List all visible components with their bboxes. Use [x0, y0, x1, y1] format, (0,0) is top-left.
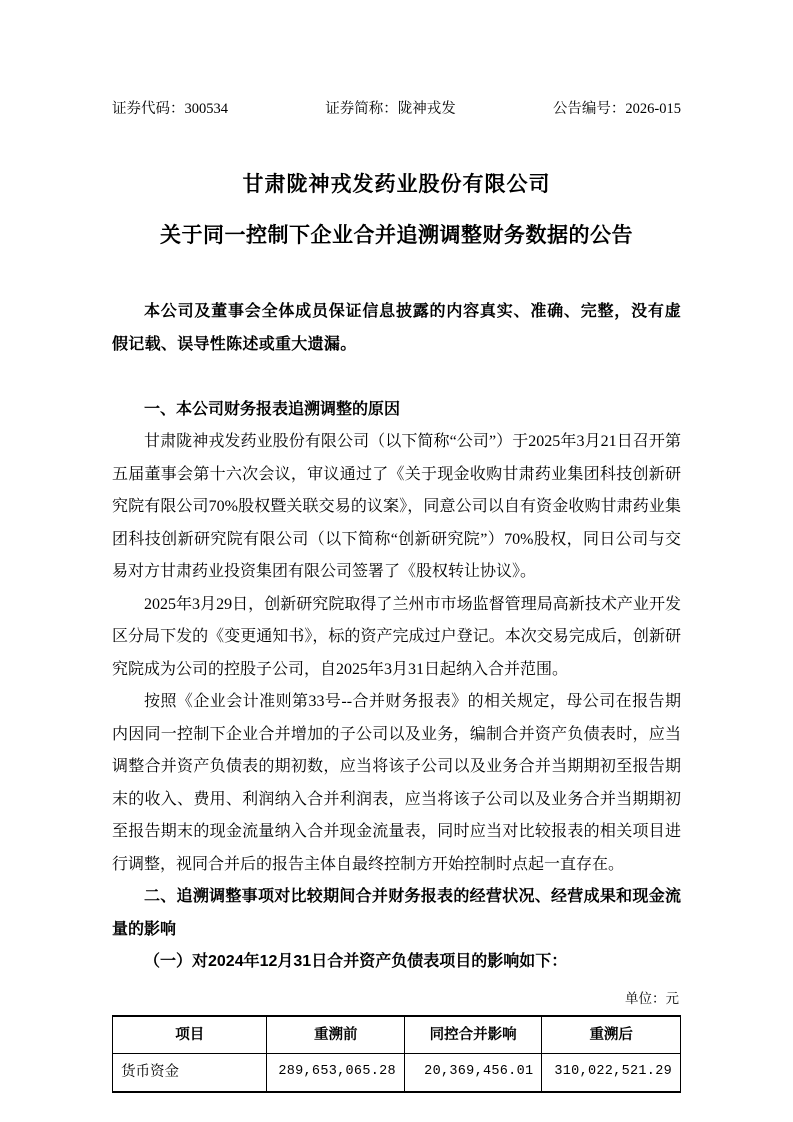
- table-row: 货币资金 289,653,065.28 20,369,456.01 310,02…: [113, 1054, 681, 1092]
- unit-label: 单位：元: [112, 987, 681, 1011]
- stock-short-name: 证券简称：陇神戎发: [325, 97, 456, 118]
- announcement-title: 关于同一控制下企业合并追溯调整财务数据的公告: [112, 219, 681, 249]
- announcement-page: 证券代码：300534 证券简称：陇神戎发 公告编号：2026-015 甘肃陇神…: [0, 0, 793, 1122]
- stock-code: 证券代码：300534: [112, 97, 228, 118]
- title-block: 甘肃陇神戎发药业股份有限公司 关于同一控制下企业合并追溯调整财务数据的公告: [112, 168, 681, 249]
- board-statement: 本公司及董事会全体成员保证信息披露的内容真实、准确、完整，没有虚假记载、误导性陈…: [112, 296, 681, 361]
- company-name-title: 甘肃陇神戎发药业股份有限公司: [112, 168, 681, 198]
- announcement-number: 公告编号：2026-015: [553, 97, 681, 118]
- value-merger-impact: 20,369,456.01: [404, 1054, 541, 1092]
- value-after-restatement: 310,022,521.29: [542, 1054, 681, 1092]
- column-header-after-restatement: 重溯后: [542, 1016, 681, 1054]
- document-body: 本公司及董事会全体成员保证信息披露的内容真实、准确、完整，没有虚假记载、误导性陈…: [112, 296, 681, 1093]
- row-item-name: 货币资金: [113, 1054, 267, 1092]
- document-header-row: 证券代码：300534 证券简称：陇神戎发 公告编号：2026-015: [112, 97, 681, 118]
- value-before-restatement: 289,653,065.28: [267, 1054, 404, 1092]
- column-header-merger-impact: 同控合并影响: [404, 1016, 541, 1054]
- column-header-item: 项目: [113, 1016, 267, 1054]
- balance-sheet-impact-table: 项目 重溯前 同控合并影响 重溯后 货币资金 289,653,065.28 20…: [112, 1015, 681, 1093]
- section1-paragraph-2: 2025年3月29日，创新研究院取得了兰州市市场监督管理局高新技术产业开发区分局…: [112, 589, 681, 687]
- spacer: [112, 361, 681, 394]
- section1-paragraph-3: 按照《企业会计准则第33号--合并财务报表》的相关规定，母公司在报告期内因同一控…: [112, 686, 681, 881]
- page-content: 证券代码：300534 证券简称：陇神戎发 公告编号：2026-015 甘肃陇神…: [0, 0, 793, 1093]
- column-header-before-restatement: 重溯前: [267, 1016, 404, 1054]
- section2-subheading: （一）对2024年12月31日合并资产负债表项目的影响如下：: [112, 946, 681, 979]
- section1-paragraph-1: 甘肃陇神戎发药业股份有限公司（以下简称“公司”）于2025年3月21日召开第五届…: [112, 426, 681, 589]
- section1-heading: 一、本公司财务报表追溯调整的原因: [112, 394, 681, 427]
- table-header-row: 项目 重溯前 同控合并影响 重溯后: [113, 1016, 681, 1054]
- section2-heading: 二、追溯调整事项对比较期间合并财务报表的经营状况、经营成果和现金流量的影响: [112, 881, 681, 946]
